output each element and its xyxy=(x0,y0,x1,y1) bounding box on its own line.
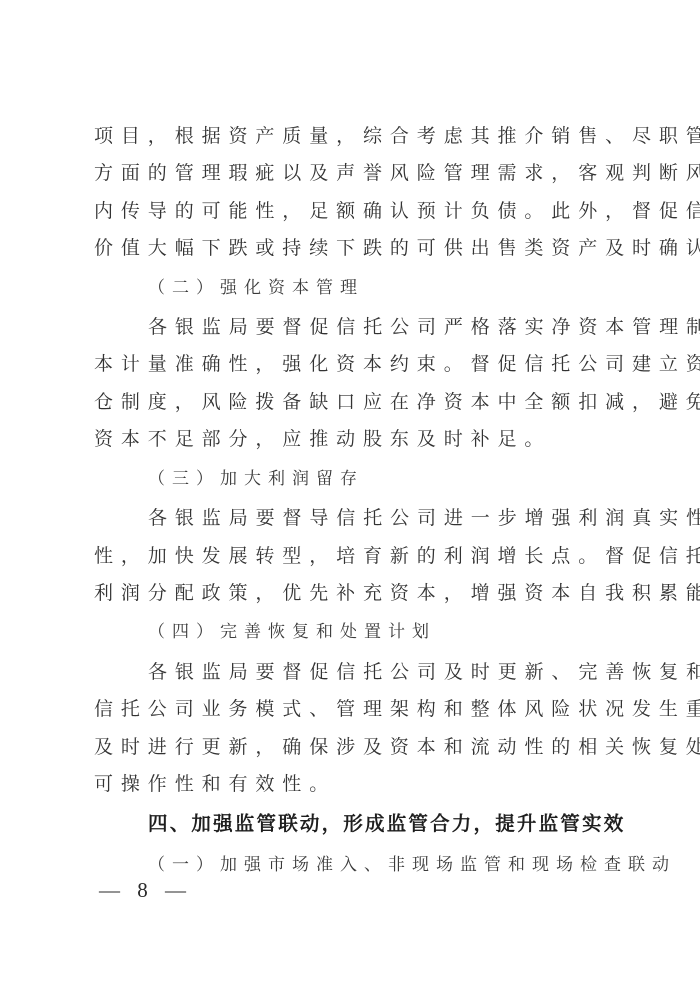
document-page: 项目，根据资产质量，综合考虑其推介销售、尽职管理、信息披露等 方面的管理瑕疵以及… xyxy=(94,118,606,887)
text-line: 信托公司业务模式、管理架构和整体风险状况发生重大变化时应 xyxy=(94,691,606,728)
paragraph-recovery-plan: 各银监局要督促信托公司及时更新、完善恢复和处置计划，当 信托公司业务模式、管理架… xyxy=(94,654,606,804)
paragraph-capital-management: 各银监局要督促信托公司严格落实净资本管理制度，提高资 本计量准确性，强化资本约束… xyxy=(94,309,606,459)
text-line: 资本不足部分，应推动股东及时补足。 xyxy=(94,421,606,458)
text-line: 仓制度，风险拨备缺口应在净资本中全额扣减，避免资本虚高；净 xyxy=(94,384,606,421)
text-line: 各银监局要督促信托公司及时更新、完善恢复和处置计划，当 xyxy=(94,654,606,691)
subheading-recovery-plan: （四）完善恢复和处置计划 xyxy=(94,612,606,654)
text-line: 项目，根据资产质量，综合考虑其推介销售、尽职管理、信息披露等 xyxy=(94,118,606,155)
text-line: 方面的管理瑕疵以及声誉风险管理需求，客观判断风险损失向表 xyxy=(94,155,606,192)
text-line: 可操作性和有效性。 xyxy=(94,766,606,803)
text-line: 本计量准确性，强化资本约束。督促信托公司建立资本平仓和补 xyxy=(94,346,606,383)
subheading-profit-retention: （三）加大利润留存 xyxy=(94,459,606,501)
subheading-strengthen-capital: （二）强化资本管理 xyxy=(94,268,606,310)
text-line: 利润分配政策，优先补充资本，增强资本自我积累能力。 xyxy=(94,575,606,612)
page-number: — 8 — xyxy=(99,878,192,903)
paragraph-profit-retention: 各银监局要督导信托公司进一步增强利润真实性和可持续 性，加快发展转型，培育新的利… xyxy=(94,500,606,612)
text-line: 各银监局要督导信托公司进一步增强利润真实性和可持续 xyxy=(94,500,606,537)
text-line: 内传导的可能性，足额确认预计负债。此外，督促信托公司对公允 xyxy=(94,193,606,230)
text-line: 及时进行更新，确保涉及资本和流动性的相关恢复处置措施具有 xyxy=(94,729,606,766)
section-heading-four: 四、加强监管联动，形成监管合力，提升监管实效 xyxy=(94,803,606,845)
paragraph-continued: 项目，根据资产质量，综合考虑其推介销售、尽职管理、信息披露等 方面的管理瑕疵以及… xyxy=(94,118,606,268)
text-line: 价值大幅下跌或持续下跌的可供出售类资产及时确认减值损失。 xyxy=(94,230,606,267)
text-line: 性，加快发展转型，培育新的利润增长点。督促信托公司审慎制定 xyxy=(94,538,606,575)
text-line: 各银监局要督促信托公司严格落实净资本管理制度，提高资 xyxy=(94,309,606,346)
